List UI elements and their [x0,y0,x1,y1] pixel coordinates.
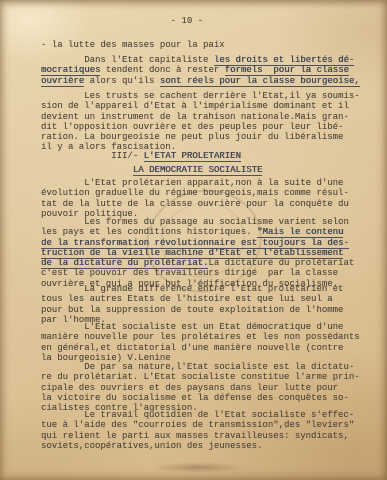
text-line: - 10 - [41,16,203,26]
text-segment: L'Etat socialiste est un Etat démocratiq… [41,322,343,332]
text-segment: Les trusts se cachent derrière l'Etat,il… [41,91,360,101]
paragraph-forms-of-transition: Les formes du passage au socialisme vari… [41,217,354,289]
text-line: les pays et les conditions historiques. … [41,227,354,237]
text-segment: tat de la lutte de la classe ouvrière po… [41,199,349,209]
paragraph-lenin-quote: L'Etat socialiste est un Etat démocratiq… [41,322,360,363]
paragraph-great-difference: La grande différence entre l'Etat prolét… [41,284,343,325]
underlined-text: "Mais le contenu [257,227,343,238]
text-segment: dit l'opposition ouvrière et des peuples… [41,122,343,132]
text-line: La grande différence entre l'Etat prolét… [41,284,343,294]
text-segment: alors qu'ils [84,76,160,86]
text-segment: c'est le pouvoir des travailleurs dirigé… [41,268,338,278]
text-segment: soviets,coopératives,union des jeunesses… [41,441,262,451]
text-line: truction de la vieille machine d'Etat et… [41,248,354,258]
text-line: L'Etat socialiste est un Etat démocratiq… [41,322,360,332]
text-line: ouvrière alors qu'ils sont réels pour la… [41,76,360,86]
text-line: devient un instrument de la trahison nat… [41,112,360,122]
text-segment: La dictature du prolétariat [208,258,354,268]
text-line: tous les autres Etats de l'histoire est … [41,294,343,304]
text-segment: La grande différence entre l'Etat prolét… [41,284,343,294]
text-line: re du prolétariat. L'Etat socialiste con… [41,372,360,382]
text-segment: devient un instrument de la trahison nat… [41,112,349,122]
text-segment: re du prolétariat. L'Etat socialiste con… [41,372,360,382]
paragraph-capitalist-state: Dans l'Etat capitaliste les droits et li… [41,55,360,86]
typewritten-text: - 10 -- la lutte des masses pour la paix… [0,0,387,480]
ink-smudge [136,459,260,476]
text-line: LA DEMOCRATIE SOCIALISTE [41,163,262,177]
paragraph-nature-of-state: De par sa nature,l'Etat socialiste est l… [41,362,360,413]
page-number: - 10 - [41,16,203,26]
text-segment: manière nouvelle pour les prolétaires et… [41,332,360,342]
text-line: ration. La bourgeoisie ne peut plus joui… [41,132,360,142]
text-segment: les pays et les conditions historiques. [41,227,257,237]
text-segment: Le travail quotidien de l'Etat socialist… [41,410,354,420]
text-segment: évolution graduelle du régime bourgeois,… [41,188,349,198]
underlined-text: de la transformation révolutionnaire est… [41,238,349,249]
text-line: De par sa nature,l'Etat socialiste est l… [41,362,360,372]
section-heading: III/- L'ETAT PROLETARIEN LA DEMOCRATIE S… [41,149,262,177]
text-line: pour but la suppression de toute exploit… [41,305,343,315]
list-item-peace: - la lutte des masses pour la paix [41,40,225,50]
text-line: tue à l'aide des "courroies de transmiss… [41,420,354,430]
paragraph-proletarian-state: L'Etat prolétarien apparait,non à la sui… [41,178,349,219]
text-line: la victoire du socialisme et la défense … [41,393,360,403]
text-segment: tendent donc à rester [100,65,224,75]
text-segment: tous les autres Etats de l'histoire est … [41,294,333,304]
text-line: de la dictature du prolétariat.La dictat… [41,258,354,268]
text-segment: Les formes du passage au socialisme vari… [41,217,349,227]
text-segment: en général,et dictatorial d'une manière … [41,343,343,353]
text-line: en général,et dictatorial d'une manière … [41,343,360,353]
text-line: de la transformation révolutionnaire est… [41,238,354,248]
text-line: mocratiques tendent donc à rester formel… [41,65,360,75]
text-segment: cipale des ouvriers et des paysans dans … [41,383,338,393]
text-line: III/- L'ETAT PROLETARIEN [41,149,262,163]
text-segment: - la lutte des masses pour la paix [41,40,225,50]
underlined-text: formels pour la classe [225,65,349,76]
text-line: - la lutte des masses pour la paix [41,40,225,50]
document-page: - 10 -- la lutte des masses pour la paix… [0,0,387,480]
text-segment: Dans l'Etat capitaliste [41,55,214,65]
text-line: manière nouvelle pour les prolétaires et… [41,332,360,342]
text-line: tat de la lutte de la classe ouvrière po… [41,199,349,209]
text-segment [41,165,133,175]
text-segment: sion de l'appareil d'Etat à l'impérialis… [41,101,349,111]
text-line: Dans l'Etat capitaliste les droits et li… [41,55,360,65]
text-line: cipale des ouvriers et des paysans dans … [41,383,360,393]
text-line: Les formes du passage au socialisme vari… [41,217,354,227]
text-line: Le travail quotidien de l'Etat socialist… [41,410,354,420]
underlined-text: L'ETAT PROLETARIEN [144,151,241,162]
text-segment: - 10 - [41,16,203,26]
text-segment: III/- [41,151,144,161]
text-line: L'Etat prolétarien apparait,non à la sui… [41,178,349,188]
text-segment: De par sa nature,l'Etat socialiste est l… [41,362,354,372]
text-segment: tue à l'aide des "courroies de transmiss… [41,420,354,430]
text-segment: qui relient le parti aux masses travaill… [41,431,349,441]
text-segment: ration. La bourgeoisie ne peut plus joui… [41,132,343,142]
text-segment: la victoire du socialisme et la défense … [41,393,349,403]
text-segment: L'Etat prolétarien apparait,non à la sui… [41,178,343,188]
paragraph-trusts: Les trusts se cachent derrière l'Etat,il… [41,91,360,153]
text-line: évolution graduelle du régime bourgeois,… [41,188,349,198]
text-line: dit l'opposition ouvrière et des peuples… [41,122,360,132]
underlined-text: ouvrière [41,76,84,87]
text-line: c'est le pouvoir des travailleurs dirigé… [41,268,354,278]
text-segment: pour but la suppression de toute exploit… [41,305,343,315]
underlined-text: LA DEMOCRATIE SOCIALISTE [133,165,263,176]
text-line: qui relient le parti aux masses travaill… [41,431,354,441]
text-line: Les trusts se cachent derrière l'Etat,il… [41,91,360,101]
text-line: soviets,coopératives,union des jeunesses… [41,441,354,451]
text-line: sion de l'appareil d'Etat à l'impérialis… [41,101,360,111]
paragraph-daily-work: Le travail quotidien de l'Etat socialist… [41,410,354,451]
underlined-text: sont réels pour la classe bourgeoise, [160,76,360,87]
